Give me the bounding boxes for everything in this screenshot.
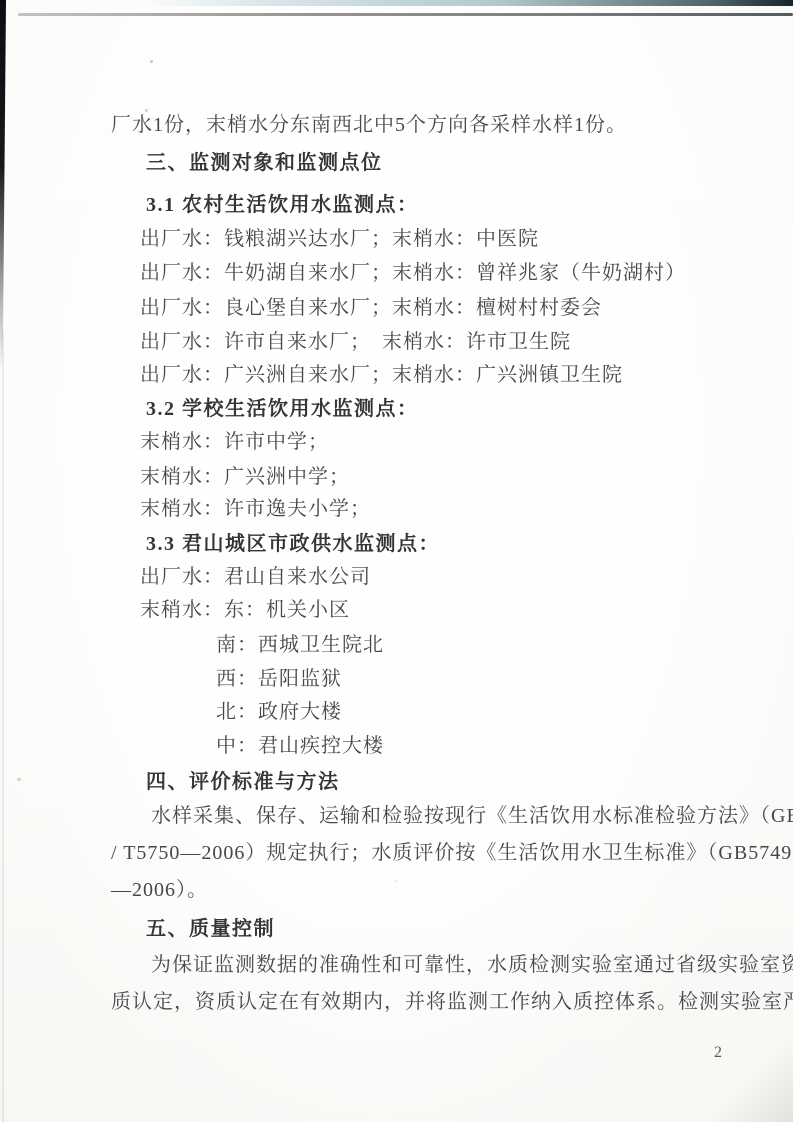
- section-heading: 五、质量控制: [146, 916, 275, 942]
- body-line: 末稍水：东：机关小区: [140, 597, 350, 623]
- body-line: 末梢水：许市中学；: [140, 429, 329, 455]
- body-line: 出厂水：良心堡自来水厂；末梢水：檀树村村委会: [140, 295, 602, 321]
- scan-artifact-top-line: [18, 13, 793, 16]
- body-line: 厂水1份，末梢水分东南西北中5个方向各采样水样1份。: [111, 112, 627, 138]
- body-line: 出厂水：广兴洲自来水厂；末梢水：广兴洲镇卫生院: [140, 362, 623, 388]
- scan-artifact-left-edge: [0, 0, 6, 370]
- scan-artifact-corner-shadow: [713, 1022, 793, 1122]
- section-heading: 四、评价标准与方法: [146, 769, 340, 795]
- section-heading: 3.2 学校生活饮用水监测点：: [146, 396, 419, 422]
- section-heading: 3.1 农村生活饮用水监测点：: [146, 192, 419, 218]
- body-line: 南：西城卫生院北: [216, 632, 384, 658]
- body-line: 为保证监测数据的准确性和可靠性，水质检测实验室通过省级实验室资: [151, 952, 793, 978]
- body-line: —2006）。: [111, 877, 208, 903]
- section-heading: 3.3 君山城区市政供水监测点：: [146, 531, 440, 557]
- body-line: 西：岳阳监狱: [216, 666, 342, 692]
- body-line: / T5750—2006）规定执行；水质评价按《生活饮用水卫生标准》（GB574…: [111, 840, 792, 866]
- scan-speck: [150, 60, 153, 63]
- scan-speck: [394, 880, 397, 882]
- section-heading: 三、监测对象和监测点位: [146, 150, 383, 176]
- body-line: 出厂水：君山自来水公司: [140, 564, 371, 590]
- body-line: 北：政府大楼: [216, 699, 342, 725]
- body-line: 质认定，资质认定在有效期内，并将监测工作纳入质控体系。检测实验室严: [111, 989, 793, 1015]
- body-line: 末梢水：许市逸夫小学；: [140, 496, 371, 522]
- body-line: 水样采集、保存、运输和检验按现行《生活饮用水标准检验方法》（GB: [151, 803, 793, 829]
- body-line: 中：君山疾控大楼: [216, 733, 384, 759]
- scan-artifact-top-edge: [140, 0, 793, 6]
- body-line: 末梢水：广兴洲中学；: [140, 464, 350, 490]
- body-line: 出厂水：许市自来水厂； 末梢水：许市卫生院: [140, 329, 571, 355]
- document-page: 厂水1份，末梢水分东南西北中5个方向各采样水样1份。 三、监测对象和监测点位 3…: [0, 0, 793, 1122]
- scan-artifact-left-faint-line: [2, 330, 4, 1122]
- page-number: 2: [714, 1044, 722, 1062]
- body-line: 出厂水：牛奶湖自来水厂；末梢水：曾祥兆家（牛奶湖村）: [140, 260, 686, 286]
- body-line: 出厂水：钱粮湖兴达水厂；末梢水：中医院: [140, 226, 539, 252]
- scan-speck: [17, 778, 21, 781]
